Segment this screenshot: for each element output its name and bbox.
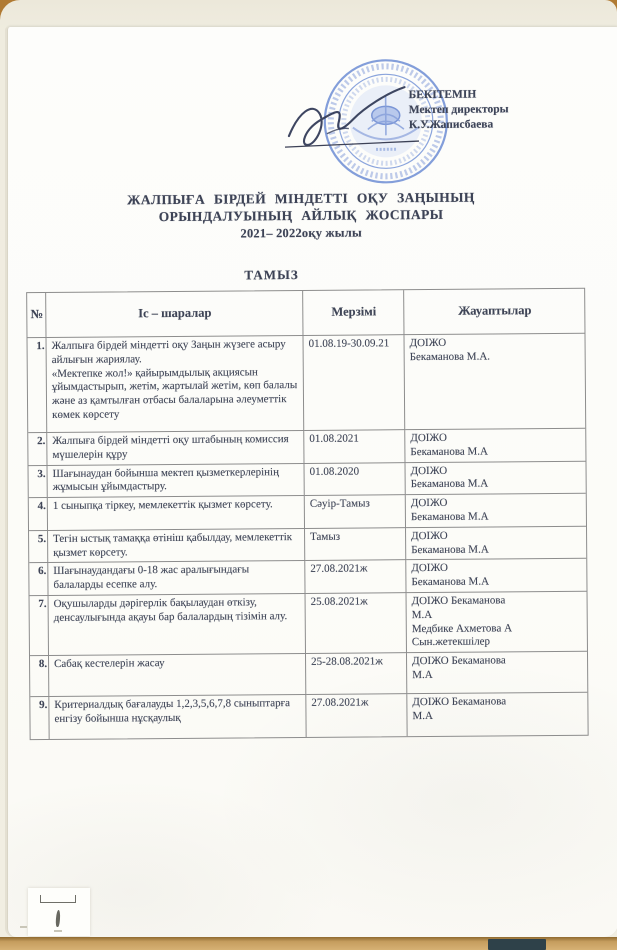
row-term: Тамыз bbox=[305, 528, 406, 561]
row-activity: Жалпыға бірдей міндетті оқу штабының ком… bbox=[47, 431, 304, 466]
table-row: 6. Шағынаудандағы 0-18 жас аралығындағы … bbox=[29, 559, 586, 596]
ink-smudge-icon bbox=[55, 910, 60, 927]
row-activity: Тегін ыстық тамаққа өтініш қабылдау, мем… bbox=[48, 529, 305, 564]
table-row: 2. Жалпыға бірдей міндетті оқу штабының … bbox=[28, 429, 585, 466]
table-row: 9. Критериалдық бағалауды 1,2,3,5,6,7,8 … bbox=[30, 693, 587, 739]
document-title-line-2: ОРЫНДАЛУЫНЫҢ АЙЛЫҚ ЖОСПАРЫ bbox=[28, 205, 573, 226]
desk-edge bbox=[0, 937, 617, 950]
row-num: 6. bbox=[29, 563, 48, 596]
row-term: 01.08.2021 bbox=[304, 430, 405, 463]
row-responsible: ДОІЖО Бекаманова М.А bbox=[405, 461, 585, 495]
row-term: 25-28.08.2021ж bbox=[306, 653, 407, 695]
header-responsible: Жауаптылар bbox=[404, 289, 584, 335]
row-activity: 1 сыныпқа тіркеу, мемлекеттік қызмет көр… bbox=[48, 496, 305, 531]
desk-dark-segment bbox=[488, 939, 546, 950]
table-row: 3. Шағынаудан бойынша мектеп қызметкерле… bbox=[29, 461, 586, 498]
row-activity: Сабақ кестелерін жасау bbox=[49, 654, 306, 697]
school-year: 2021– 2022оқу жылы bbox=[29, 224, 574, 243]
page-marker bbox=[28, 888, 90, 936]
row-num: 9. bbox=[30, 697, 49, 739]
approval-block: БЕКІТЕМІН Мектеп директоры К.У.Жаписбаев… bbox=[409, 87, 599, 133]
monthly-plan-table: № Іс – шаралар Мерзімі Жауаптылар 1. Жал… bbox=[26, 288, 589, 741]
row-activity: Шағынаудан бойынша мектеп қызметкерлерін… bbox=[48, 464, 305, 499]
table-row: 8. Сабақ кестелерін жасау 25-28.08.2021ж… bbox=[30, 652, 587, 697]
title-block: ЖАЛПЫҒА БІРДЕЙ МІНДЕТТІ ОҚУ ЗАҢЫНЫҢ ОРЫН… bbox=[28, 188, 574, 285]
header-term: Мерзімі bbox=[303, 290, 404, 336]
row-num: 4. bbox=[29, 498, 48, 531]
row-num: 5. bbox=[29, 531, 48, 564]
header-num: № bbox=[27, 293, 46, 338]
row-activity: Оқушыларды дәрігерлік бақылаудан өткізу,… bbox=[49, 594, 306, 656]
row-activity: Жалпыға бірдей міндетті оқу Заңын жүзеге… bbox=[47, 336, 305, 433]
row-responsible: ДОІЖО Бекаманова М.А bbox=[407, 693, 587, 736]
row-term: 27.08.2021ж bbox=[305, 561, 406, 594]
row-responsible: ДОІЖО Бекаманова М.А bbox=[405, 429, 585, 463]
row-num: 1. bbox=[28, 338, 48, 433]
table-row: 1. Жалпыға бірдей міндетті оқу Заңын жүз… bbox=[28, 334, 586, 433]
row-term: 25.08.2021ж bbox=[306, 593, 407, 654]
table-header-row: № Іс – шаралар Мерзімі Жауаптылар bbox=[27, 289, 584, 338]
document-content: БЕКІТЕМІН Мектеп директоры К.У.Жаписбаев… bbox=[0, 0, 617, 950]
scanned-page: БЕКІТЕМІН Мектеп директоры К.У.Жаписбаев… bbox=[0, 0, 617, 950]
row-num: 2. bbox=[28, 433, 47, 466]
row-responsible: ДОІЖО Бекаманова М.А. bbox=[404, 334, 585, 430]
row-num: 8. bbox=[30, 656, 49, 697]
header-activity: Іс – шаралар bbox=[46, 291, 303, 338]
scan-artifact bbox=[20, 926, 27, 928]
row-term: 27.08.2021ж bbox=[306, 694, 407, 737]
approval-line-3: К.У.Жаписбаева bbox=[409, 117, 599, 133]
approval-line-2: Мектеп директоры bbox=[409, 102, 599, 118]
table-row: 7. Оқушыларды дәрігерлік бақылаудан өткі… bbox=[30, 592, 587, 657]
month-heading: ТАМЫЗ bbox=[0, 265, 544, 285]
row-term: 01.08.2020 bbox=[304, 463, 405, 496]
row-responsible: ДОІЖО Бекаманова М.А bbox=[406, 527, 586, 561]
approval-line-1: БЕКІТЕМІН bbox=[409, 87, 599, 103]
table-row: 5. Тегін ыстық тамаққа өтініш қабылдау, … bbox=[29, 527, 586, 564]
bracket-mark-icon bbox=[40, 895, 76, 903]
row-num: 3. bbox=[29, 466, 48, 499]
row-activity: Шағынаудандағы 0-18 жас аралығындағы бал… bbox=[48, 561, 305, 596]
row-responsible: ДОІЖО Бекаманова М.А bbox=[406, 559, 586, 593]
row-term: 01.08.19-30.09.21 bbox=[303, 335, 405, 431]
row-term: Сәуір-Тамыз bbox=[305, 495, 406, 528]
table-row: 4. 1 сыныпқа тіркеу, мемлекеттік қызмет … bbox=[29, 494, 586, 531]
row-responsible: ДОІЖО Бекаманова М.А bbox=[406, 494, 586, 528]
scan-artifact bbox=[54, 930, 62, 932]
row-activity: Критериалдық бағалауды 1,2,3,5,6,7,8 сын… bbox=[49, 695, 306, 739]
row-responsible: ДОІЖО Бекаманова М.А bbox=[407, 652, 587, 694]
row-responsible: ДОІЖО Бекаманова М.А Медбике Ахметова А … bbox=[407, 592, 587, 654]
row-num: 7. bbox=[30, 596, 49, 656]
